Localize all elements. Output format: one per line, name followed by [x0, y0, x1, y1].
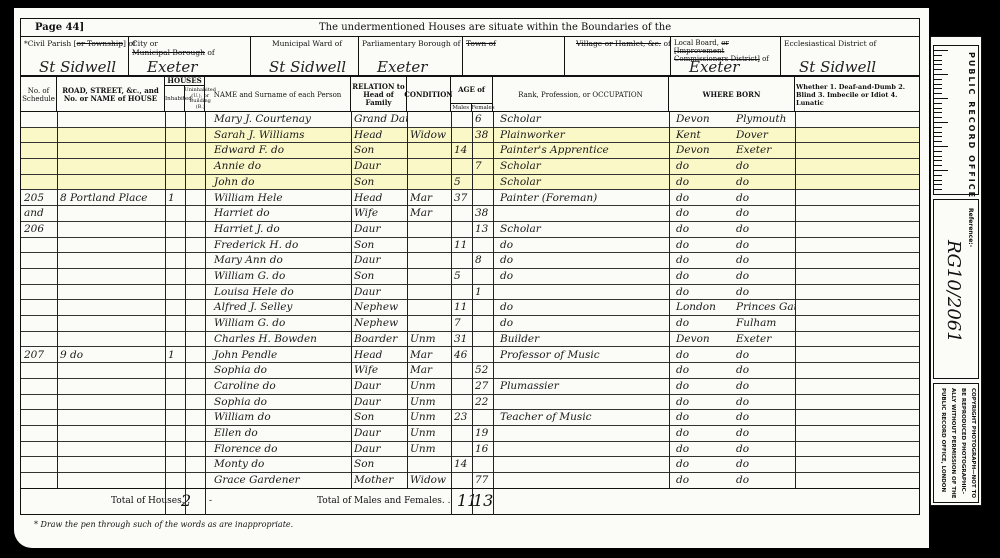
- cell-schedule: [21, 426, 57, 441]
- cell-houses: [165, 332, 185, 347]
- cell-relation: Daur: [351, 395, 407, 410]
- cell-female-age: 38: [472, 206, 493, 221]
- cell-road: [57, 253, 165, 268]
- cell-born-county: do: [673, 457, 733, 472]
- cell-female-age: 1: [472, 285, 493, 300]
- total-females: 13: [473, 491, 493, 510]
- cell-occupation: do: [497, 316, 669, 331]
- cell-houses: [165, 363, 185, 378]
- cell-born-county: do: [673, 285, 733, 300]
- cell-female-age: 7: [472, 159, 493, 174]
- cell-name: William Hele: [211, 191, 351, 206]
- cell-relation: Son: [351, 410, 407, 425]
- census-form: Page 44] The undermentioned Houses are s…: [20, 18, 920, 515]
- table-row: 2058 Portland Place1William HeleHeadMar3…: [21, 191, 919, 207]
- cell-name: Mary Ann do: [211, 253, 351, 268]
- totals-row: Total of Houses. . 2 - Total of Males an…: [21, 488, 919, 514]
- cell-houses: [165, 269, 185, 284]
- cell-female-age: [472, 316, 493, 331]
- col-occupation: Rank, Profession, or OCCUPATION: [493, 77, 669, 112]
- table-row: Annie doDaur7Scholardodo: [21, 159, 919, 175]
- cell-born-county: do: [673, 473, 733, 488]
- table-row: Grace GardenerMotherWidow77dodo: [21, 473, 919, 489]
- cell-houses: 1: [165, 191, 185, 206]
- cell-born-county: Devon: [673, 112, 733, 127]
- cell-born-county: Devon: [673, 143, 733, 158]
- cell-condition: Widow: [407, 128, 451, 143]
- cell-houses: [165, 222, 185, 237]
- cell-relation: Head: [351, 191, 407, 206]
- district-ward: Municipal Ward of St Sidwell: [251, 37, 359, 77]
- cell-born-county: do: [673, 363, 733, 378]
- cell-schedule: [21, 363, 57, 378]
- cell-relation: Son: [351, 457, 407, 472]
- cell-born-place: do: [733, 175, 795, 190]
- scale-ruler: PUBLIC RECORD OFFICE: [933, 45, 979, 195]
- cell-condition: [407, 222, 451, 237]
- cell-road: [57, 175, 165, 190]
- table-row: Mary Ann doDaur8dododo: [21, 253, 919, 269]
- cell-road: [57, 426, 165, 441]
- cell-schedule: 206: [21, 222, 57, 237]
- cell-road: [57, 222, 165, 237]
- table-row: William G. doNephew7dodoFulham: [21, 316, 919, 332]
- table-row: Louisa Hele doDaur1dodo: [21, 285, 919, 301]
- cell-born-county: do: [673, 253, 733, 268]
- table-row: andHarriet doWifeMar38dodo: [21, 206, 919, 222]
- cell-relation: Nephew: [351, 316, 407, 331]
- cell-male-age: 23: [451, 410, 472, 425]
- cell-occupation: Scholar: [497, 175, 669, 190]
- table-row: Caroline doDaurUnm27Plumassierdodo: [21, 379, 919, 395]
- cell-road: 8 Portland Place: [57, 191, 165, 206]
- cell-born-county: London: [673, 300, 733, 315]
- cell-male-age: 11: [451, 238, 472, 253]
- cell-road: 9 do: [57, 348, 165, 363]
- census-page: Page 44] The undermentioned Houses are s…: [14, 8, 929, 548]
- col-where-born: WHERE BORN: [669, 77, 795, 112]
- cell-road: [57, 363, 165, 378]
- cell-name: William G. do: [211, 316, 351, 331]
- cell-houses: [165, 426, 185, 441]
- cell-occupation: [497, 285, 669, 300]
- cell-road: [57, 206, 165, 221]
- cell-houses: [165, 442, 185, 457]
- cell-male-age: 11: [451, 300, 472, 315]
- cell-male-age: [451, 112, 472, 127]
- cell-relation: Nephew: [351, 300, 407, 315]
- cell-houses: [165, 112, 185, 127]
- district-civil-parish: *Civil Parish [or Township] of St Sidwel…: [21, 37, 129, 77]
- cell-houses: [165, 128, 185, 143]
- cell-relation: Son: [351, 143, 407, 158]
- cell-houses: 1: [165, 348, 185, 363]
- col-name: NAME and Surname of each Person: [205, 77, 351, 112]
- cell-born-county: do: [673, 206, 733, 221]
- cell-born-place: Dover: [733, 128, 795, 143]
- cell-schedule: [21, 285, 57, 300]
- cell-schedule: [21, 300, 57, 315]
- cell-born-place: do: [733, 285, 795, 300]
- cell-road: [57, 112, 165, 127]
- cell-male-age: 14: [451, 457, 472, 472]
- cell-born-county: do: [673, 442, 733, 457]
- cell-condition: Mar: [407, 348, 451, 363]
- cell-male-age: 37: [451, 191, 472, 206]
- cell-condition: Unm: [407, 410, 451, 425]
- cell-schedule: [21, 143, 57, 158]
- cell-born-place: do: [733, 269, 795, 284]
- district-town: Town of: [463, 37, 565, 77]
- cell-female-age: 52: [472, 363, 493, 378]
- cell-female-age: 6: [472, 112, 493, 127]
- cell-born-place: Exeter: [733, 332, 795, 347]
- cell-road: [57, 128, 165, 143]
- cell-born-county: do: [673, 348, 733, 363]
- cell-male-age: 31: [451, 332, 472, 347]
- cell-born-place: do: [733, 379, 795, 394]
- cell-male-age: 5: [451, 175, 472, 190]
- table-row: Edward F. doSon14Painter's ApprenticeDev…: [21, 143, 919, 159]
- cell-relation: Daur: [351, 222, 407, 237]
- cell-born-place: Exeter: [733, 143, 795, 158]
- cell-condition: [407, 285, 451, 300]
- cell-houses: [165, 159, 185, 174]
- cell-name: Charles H. Bowden: [211, 332, 351, 347]
- cell-relation: Son: [351, 269, 407, 284]
- district-city: City or Municipal Borough of Exeter: [129, 37, 251, 77]
- cell-male-age: 14: [451, 143, 472, 158]
- cell-relation: Daur: [351, 442, 407, 457]
- cell-occupation: do: [497, 253, 669, 268]
- office-label: PUBLIC RECORD OFFICE: [967, 52, 976, 199]
- cell-relation: Grand Daur: [351, 112, 407, 127]
- cell-relation: Daur: [351, 379, 407, 394]
- cell-born-place: Princes Gate: [733, 300, 795, 315]
- cell-road: [57, 238, 165, 253]
- cell-occupation: Plainworker: [497, 128, 669, 143]
- cell-condition: [407, 457, 451, 472]
- column-headers: No. of Schedule ROAD, STREET, &c., and N…: [21, 77, 919, 112]
- cell-female-age: 77: [472, 473, 493, 488]
- cell-born-place: do: [733, 363, 795, 378]
- cell-condition: [407, 112, 451, 127]
- cell-name: Louisa Hele do: [211, 285, 351, 300]
- cell-relation: Mother: [351, 473, 407, 488]
- table-row: Florence doDaurUnm16dodo: [21, 442, 919, 458]
- cell-occupation: Painter (Foreman): [497, 191, 669, 206]
- cell-condition: Unm: [407, 426, 451, 441]
- table-row: Monty doSon14dodo: [21, 457, 919, 473]
- cell-female-age: [472, 143, 493, 158]
- cell-name: Sophia do: [211, 363, 351, 378]
- cell-condition: [407, 143, 451, 158]
- cell-houses: [165, 253, 185, 268]
- cell-female-age: 16: [472, 442, 493, 457]
- cell-condition: [407, 300, 451, 315]
- cell-relation: Daur: [351, 253, 407, 268]
- cell-name: Alfred J. Selley: [211, 300, 351, 315]
- total-houses-label: Total of Houses. .: [111, 496, 190, 506]
- cell-born-county: do: [673, 175, 733, 190]
- cell-condition: [407, 316, 451, 331]
- cell-road: [57, 473, 165, 488]
- cell-female-age: 27: [472, 379, 493, 394]
- cell-occupation: Painter's Apprentice: [497, 143, 669, 158]
- cell-name: William G. do: [211, 269, 351, 284]
- col-condition: CONDITION: [407, 77, 451, 112]
- cell-road: [57, 143, 165, 158]
- cell-male-age: [451, 285, 472, 300]
- cell-road: [57, 457, 165, 472]
- cell-relation: Head: [351, 128, 407, 143]
- cell-condition: [407, 253, 451, 268]
- cell-female-age: 22: [472, 395, 493, 410]
- cell-schedule: [21, 159, 57, 174]
- cell-born-place: do: [733, 238, 795, 253]
- cell-schedule: [21, 379, 57, 394]
- cell-condition: Mar: [407, 363, 451, 378]
- cell-schedule: [21, 442, 57, 457]
- table-row: 206Harriet J. doDaur13Scholardodo: [21, 222, 919, 238]
- cell-occupation: [497, 457, 669, 472]
- cell-relation: Wife: [351, 363, 407, 378]
- archive-reference-strip: PUBLIC RECORD OFFICE Reference:- RG10/20…: [930, 36, 982, 506]
- table-row: 2079 do1John PendleHeadMar46Professor of…: [21, 348, 919, 364]
- cell-schedule: [21, 112, 57, 127]
- district-value: St Sidwell: [39, 58, 116, 76]
- cell-male-age: [451, 363, 472, 378]
- cell-name: Harriet do: [211, 206, 351, 221]
- col-infirmity: Whether 1. Deaf-and-Dumb 2. Blind 3. Imb…: [795, 77, 921, 112]
- cell-born-place: do: [733, 206, 795, 221]
- cell-houses: [165, 379, 185, 394]
- cell-relation: Son: [351, 238, 407, 253]
- cell-houses: [165, 410, 185, 425]
- cell-born-place: do: [733, 159, 795, 174]
- cell-born-place: do: [733, 410, 795, 425]
- cell-schedule: [21, 175, 57, 190]
- district-value: St Sidwell: [799, 58, 876, 76]
- page-number: Page 44]: [35, 19, 84, 36]
- cell-houses: [165, 238, 185, 253]
- cell-schedule: 205: [21, 191, 57, 206]
- cell-born-county: do: [673, 269, 733, 284]
- cell-male-age: 46: [451, 348, 472, 363]
- cell-condition: Unm: [407, 395, 451, 410]
- cell-male-age: [451, 206, 472, 221]
- district-value: St Sidwell: [269, 58, 346, 76]
- cell-male-age: [451, 222, 472, 237]
- cell-male-age: [451, 395, 472, 410]
- cell-condition: [407, 238, 451, 253]
- cell-male-age: [451, 159, 472, 174]
- district-local-board: Local Board, or [Improvement Commissione…: [671, 37, 781, 77]
- cell-occupation: do: [497, 300, 669, 315]
- cell-schedule: [21, 253, 57, 268]
- cell-road: [57, 442, 165, 457]
- cell-schedule: [21, 457, 57, 472]
- cell-relation: Wife: [351, 206, 407, 221]
- cell-female-age: [472, 175, 493, 190]
- district-value: Exeter: [689, 58, 739, 76]
- cell-female-age: 13: [472, 222, 493, 237]
- cell-schedule: [21, 238, 57, 253]
- cell-born-county: do: [673, 379, 733, 394]
- cell-name: Caroline do: [211, 379, 351, 394]
- footnote: * Draw the pen through such of the words…: [34, 520, 293, 529]
- cell-female-age: [472, 332, 493, 347]
- cell-houses: [165, 175, 185, 190]
- district-row: *Civil Parish [or Township] of St Sidwel…: [21, 37, 919, 77]
- reference-number: RG10/2061: [943, 240, 964, 343]
- cell-schedule: [21, 316, 57, 331]
- table-row: Frederick H. doSon11dododo: [21, 238, 919, 254]
- cell-born-place: Fulham: [733, 316, 795, 331]
- census-entries: Mary J. CourtenayGrand Daur6ScholarDevon…: [21, 112, 919, 488]
- cell-name: Edward F. do: [211, 143, 351, 158]
- cell-born-county: do: [673, 410, 733, 425]
- cell-occupation: do: [497, 238, 669, 253]
- total-houses-uninhabited: -: [209, 496, 212, 506]
- cell-female-age: [472, 410, 493, 425]
- table-row: Sophia doDaurUnm22dodo: [21, 395, 919, 411]
- cell-relation: Head: [351, 348, 407, 363]
- cell-name: Sarah J. Williams: [211, 128, 351, 143]
- table-row: Ellen doDaurUnm19dodo: [21, 426, 919, 442]
- district-value: Exeter: [147, 58, 197, 76]
- cell-name: Harriet J. do: [211, 222, 351, 237]
- cell-born-county: do: [673, 395, 733, 410]
- cell-occupation: do: [497, 269, 669, 284]
- cell-schedule: [21, 473, 57, 488]
- cell-born-place: do: [733, 457, 795, 472]
- cell-female-age: [472, 348, 493, 363]
- cell-relation: Daur: [351, 159, 407, 174]
- title-row: Page 44] The undermentioned Houses are s…: [21, 19, 919, 37]
- cell-born-county: Devon: [673, 332, 733, 347]
- district-parliamentary-borough: Parliamentary Borough of Exeter: [359, 37, 463, 77]
- cell-road: [57, 159, 165, 174]
- cell-schedule: [21, 269, 57, 284]
- cell-houses: [165, 206, 185, 221]
- cell-occupation: Builder: [497, 332, 669, 347]
- cell-name: Ellen do: [211, 426, 351, 441]
- cell-road: [57, 300, 165, 315]
- cell-female-age: [472, 191, 493, 206]
- cell-houses: [165, 457, 185, 472]
- cell-name: Sophia do: [211, 395, 351, 410]
- cell-road: [57, 269, 165, 284]
- cell-occupation: [497, 442, 669, 457]
- col-age: AGE of Males Females: [451, 77, 493, 112]
- table-row: Sarah J. WilliamsHeadWidow38PlainworkerK…: [21, 128, 919, 144]
- cell-road: [57, 332, 165, 347]
- cell-houses: [165, 143, 185, 158]
- cell-female-age: 8: [472, 253, 493, 268]
- cell-name: Annie do: [211, 159, 351, 174]
- cell-male-age: [451, 379, 472, 394]
- cell-occupation: Teacher of Music: [497, 410, 669, 425]
- cell-occupation: [497, 426, 669, 441]
- cell-occupation: Professor of Music: [497, 348, 669, 363]
- cell-schedule: [21, 128, 57, 143]
- cell-condition: Unm: [407, 442, 451, 457]
- cell-houses: [165, 285, 185, 300]
- cell-female-age: [472, 238, 493, 253]
- cell-condition: [407, 175, 451, 190]
- cell-houses: [165, 316, 185, 331]
- cell-relation: Boarder: [351, 332, 407, 347]
- cell-name: Frederick H. do: [211, 238, 351, 253]
- cell-name: Florence do: [211, 442, 351, 457]
- form-title: The undermentioned Houses are situate wi…: [319, 19, 671, 36]
- cell-name: Mary J. Courtenay: [211, 112, 351, 127]
- cell-born-place: do: [733, 426, 795, 441]
- cell-male-age: 5: [451, 269, 472, 284]
- cell-name: Monty do: [211, 457, 351, 472]
- cell-houses: [165, 300, 185, 315]
- cell-occupation: Scholar: [497, 222, 669, 237]
- cell-condition: Unm: [407, 379, 451, 394]
- col-relation: RELATION to Head of Family: [351, 77, 407, 112]
- cell-occupation: Scholar: [497, 112, 669, 127]
- cell-occupation: [497, 395, 669, 410]
- total-persons-label: Total of Males and Females. .: [317, 496, 451, 506]
- col-houses: HOUSES Inhabited Uninhabited (U.), or Bu…: [165, 77, 205, 112]
- cell-born-county: do: [673, 159, 733, 174]
- cell-houses: [165, 473, 185, 488]
- cell-female-age: [472, 300, 493, 315]
- table-row: Charles H. BowdenBoarderUnm31BuilderDevo…: [21, 332, 919, 348]
- cell-schedule: and: [21, 206, 57, 221]
- cell-relation: Daur: [351, 285, 407, 300]
- cell-female-age: 38: [472, 128, 493, 143]
- cell-occupation: [497, 206, 669, 221]
- cell-female-age: [472, 269, 493, 284]
- cell-schedule: [21, 332, 57, 347]
- cell-born-place: do: [733, 191, 795, 206]
- district-village: Village or Hamlet, &c. of: [565, 37, 671, 77]
- cell-name: John do: [211, 175, 351, 190]
- cell-name: John Pendle: [211, 348, 351, 363]
- cell-born-place: do: [733, 348, 795, 363]
- cell-male-age: [451, 426, 472, 441]
- cell-born-county: do: [673, 222, 733, 237]
- cell-houses: [165, 395, 185, 410]
- cell-born-county: Kent: [673, 128, 733, 143]
- cell-male-age: [451, 128, 472, 143]
- cell-female-age: [472, 457, 493, 472]
- cell-born-county: do: [673, 426, 733, 441]
- cell-relation: Son: [351, 175, 407, 190]
- cell-condition: Unm: [407, 332, 451, 347]
- cell-male-age: 7: [451, 316, 472, 331]
- cell-occupation: Scholar: [497, 159, 669, 174]
- cell-occupation: [497, 473, 669, 488]
- reference-label: Reference:-: [967, 208, 974, 247]
- copyright-notice: COPYRIGHT PHOTOGRAPH—NOT TO BE REPRODUCE…: [933, 383, 979, 503]
- cell-relation: Daur: [351, 426, 407, 441]
- cell-road: [57, 379, 165, 394]
- reference-box: Reference:- RG10/2061: [933, 199, 979, 379]
- cell-born-county: do: [673, 238, 733, 253]
- cell-name: Grace Gardener: [211, 473, 351, 488]
- cell-name: William do: [211, 410, 351, 425]
- table-row: Alfred J. SelleyNephew11doLondonPrinces …: [21, 300, 919, 316]
- cell-condition: Widow: [407, 473, 451, 488]
- cell-born-county: do: [673, 191, 733, 206]
